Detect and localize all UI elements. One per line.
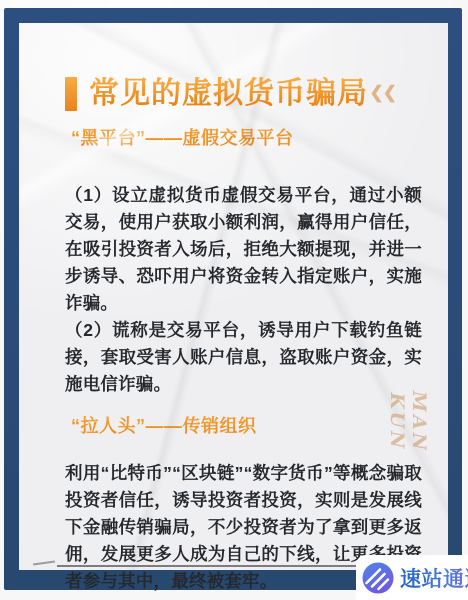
section-heading-pyramid-scheme: “拉人头”——传销组织 (71, 412, 422, 438)
paragraph-fake-exchange-2: （2）谎称是交易平台，诱导用户下载钓鱼链接，套取受害人账户信息，盗取账户资金，实… (65, 317, 422, 398)
double-chevron-left-icon: ❮❮ (370, 84, 397, 101)
paper-edge-tick (33, 560, 55, 565)
navy-frame: 常见的虚拟货币骗局 ❮❮ “黑平台”——虚假交易平台 （1）设立虚拟货币虚假交易… (4, 8, 462, 590)
page-title: 常见的虚拟货币骗局 (89, 77, 368, 111)
section-heading-black-platform: “黑平台”——虚假交易平台 (71, 124, 422, 150)
brand-logo-text: 速站通途 (400, 563, 468, 593)
paragraph-fake-exchange-1: （1）设立虚拟货币虚假交易平台，通过小额交易，使用户获取小额利润，赢得用户信任，… (65, 182, 422, 317)
title-accent-bar (65, 77, 77, 111)
brand-logo-icon (361, 561, 395, 595)
section-body-black-platform: （1）设立虚拟货币虚假交易平台，通过小额交易，使用户获取小额利润，赢得用户信任，… (65, 182, 422, 398)
poster-canvas: 常见的虚拟货币骗局 ❮❮ “黑平台”——虚假交易平台 （1）设立虚拟货币虚假交易… (0, 0, 468, 600)
title-row: 常见的虚拟货币骗局 ❮❮ (65, 77, 422, 111)
brand-logo: 速站通途 (356, 555, 468, 600)
paper-sheet: 常见的虚拟货币骗局 ❮❮ “黑平台”——虚假交易平台 （1）设立虚拟货币虚假交易… (19, 23, 448, 570)
